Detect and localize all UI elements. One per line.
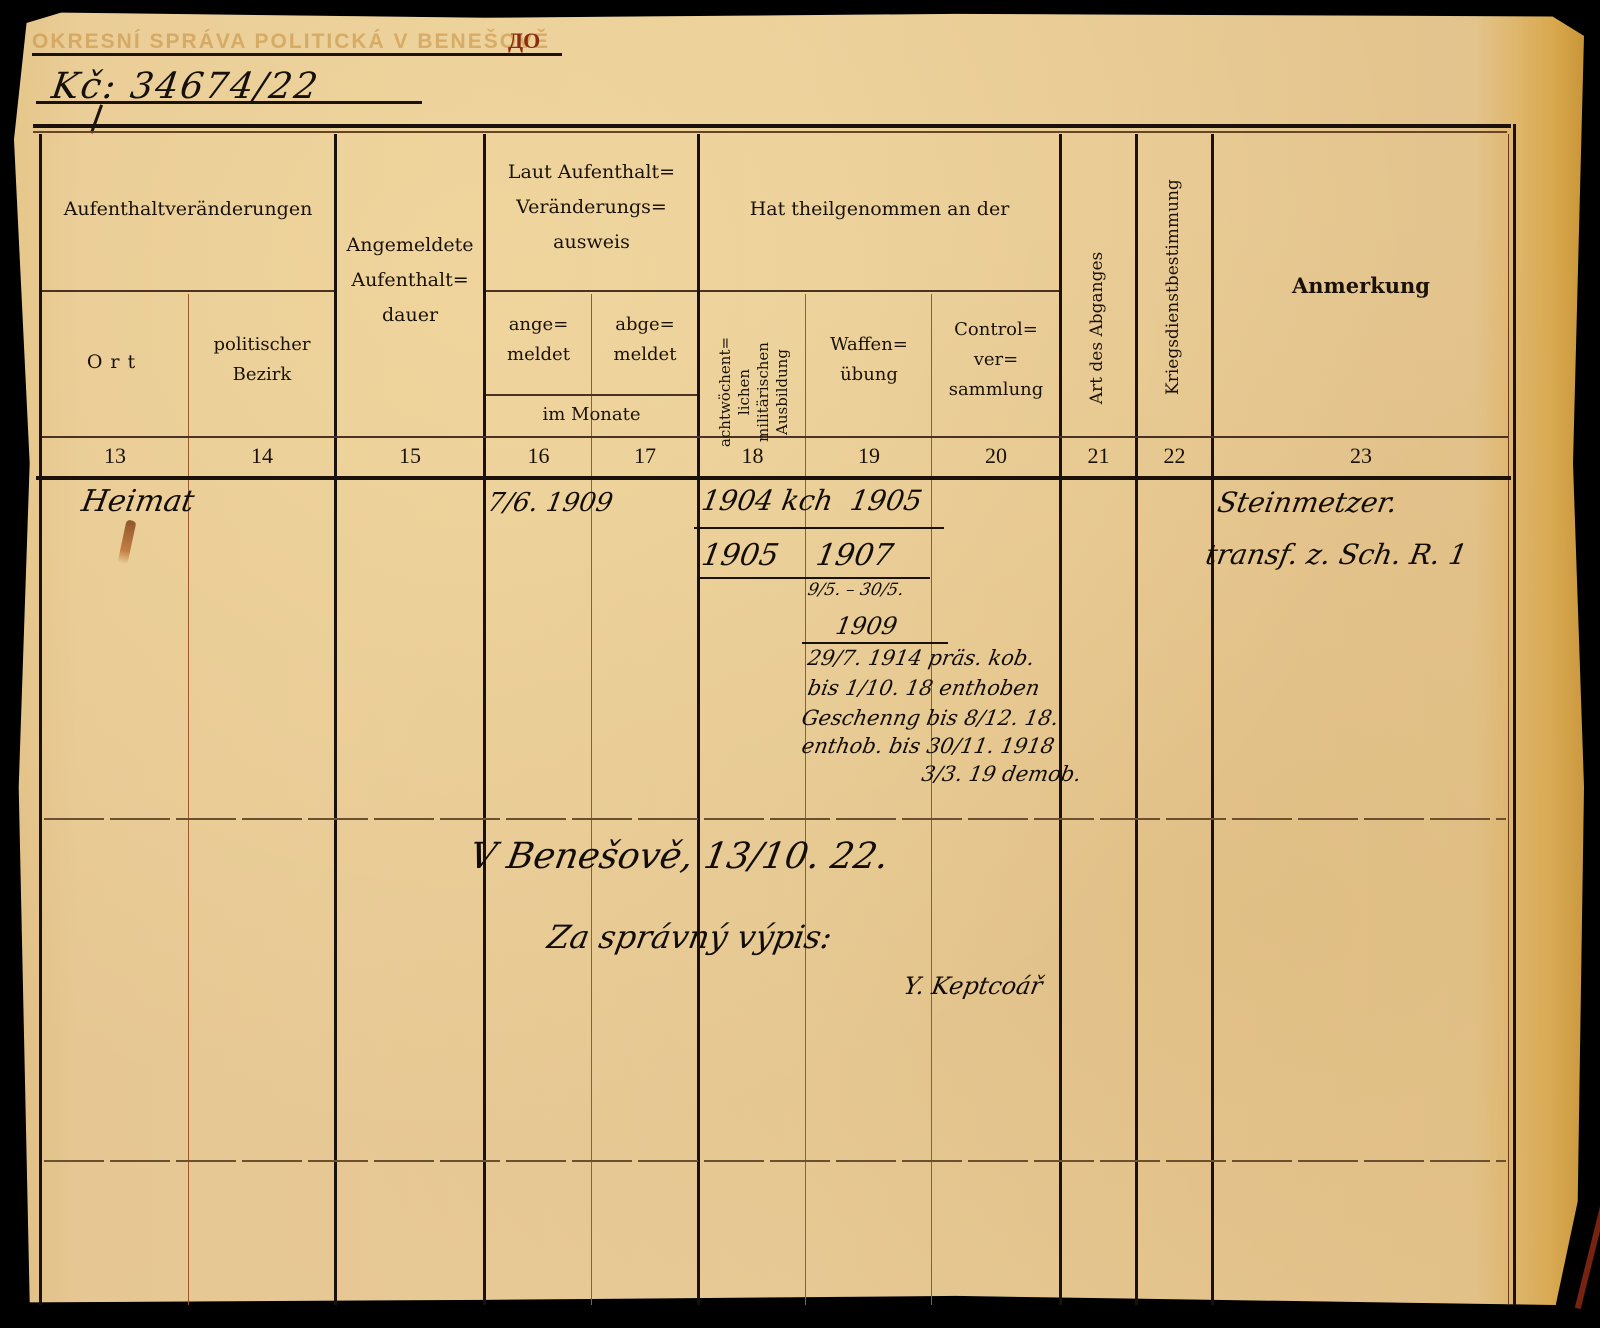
header-subrow-line [486,290,697,292]
table-top-border [33,124,1511,128]
training-underline-2 [698,577,930,579]
im-monate-line [486,394,697,396]
column-number-23: 23 [1214,443,1508,469]
header-departure-type: Art des Abganges [1087,238,1107,418]
paper-edge-stain [1575,1201,1600,1309]
entry-weapons-year: 1909 [834,612,900,640]
header-subrow-line [700,290,1059,292]
header-change-certificate: Laut Aufenthalt= Veränderungs= ausweis [486,155,697,260]
header-residence-changes: Aufenthaltveränderungen [42,192,334,227]
col-line [697,134,700,1305]
header-remark: Anmerkung [1214,268,1508,303]
remark-line-2: transf. z. Sch. R. 1 [1203,538,1470,571]
header-political-district: politischer Bezirk [190,330,334,390]
column-number-14: 14 [190,443,334,469]
table-top-border-inner [33,131,1507,133]
header-war-service: Kriegsdienstbestimmung [1163,195,1183,395]
header-in-month: im Monate [486,400,697,430]
col-line [39,134,42,1305]
mobilization-note-5: 3/3. 19 demob. [920,762,1083,786]
mobilization-note-2: bis 1/10. 18 enthoben [806,676,1042,700]
col-line [1211,134,1214,1305]
table-right-border [1513,124,1516,1305]
column-number-20: 20 [933,443,1059,469]
column-number-22: 22 [1138,443,1211,469]
header-weapons-exercise: Waffen= übung [807,330,931,390]
entry-training-2: 1905 1907 [699,538,896,573]
col-line [1508,134,1509,1305]
training-underline-1 [694,527,944,529]
col-line [805,294,806,1305]
column-number-15: 15 [337,443,483,469]
col-line [188,294,189,1305]
col-line [1135,134,1138,1305]
col-line [591,294,592,1305]
row-divider [44,818,1506,820]
header-registered: ange= meldet [486,310,591,370]
header-control-assembly: Control= ver= sammlung [933,315,1059,405]
mobilization-note-1: 29/7. 1914 präs. kob. [806,646,1036,670]
column-number-13: 13 [42,443,188,469]
place-and-date: V Benešově, 13/10. 22. [466,836,891,877]
column-number-16: 16 [486,443,591,469]
header-ort: Ort [42,345,188,380]
column-number-17: 17 [593,443,697,469]
mobilization-note-3: Geschenng bis 8/12. 18. [800,706,1061,730]
remark-line-1: Steinmetzer. [1215,486,1400,519]
column-number-18: 18 [700,443,805,469]
col-line [1059,134,1062,1305]
header-registered-duration: Angemeldete Aufenthalt= dauer [337,228,483,333]
entry-training-1: 1904 kch 1905 [699,484,925,517]
certification-text: Za správný výpis: [545,918,835,956]
signature: Y. Keptcoář [902,972,1045,1000]
row-divider [44,1160,1506,1162]
header-deregistered: abge= meldet [593,310,697,370]
mobilization-note-4: enthob. bis 30/11. 1918 [800,734,1057,758]
column-number-21: 21 [1062,443,1135,469]
number-row-bottom-line [36,476,1511,480]
stamp-mark: ДO [508,28,540,54]
col-line [931,294,932,1305]
reference-underline [36,101,422,104]
stamp-underline [32,53,562,56]
entry-registered-date: 7/6. 1909 [485,488,615,518]
weapons-underline [802,642,948,644]
entry-ort: Heimat [79,484,197,519]
faded-office-stamp: OKRESNÍ SPRÁVA POLITICKÁ V BENEŠOVĚ [32,30,550,54]
header-military-training: achtwöchent= lichen militärischen Ausbil… [716,322,796,462]
column-number-19: 19 [807,443,931,469]
header-participated: Hat theilgenommen an der [700,192,1059,227]
header-subrow-line [42,290,334,292]
entry-weapons-dates: 9/5. – 30/5. [806,580,905,600]
